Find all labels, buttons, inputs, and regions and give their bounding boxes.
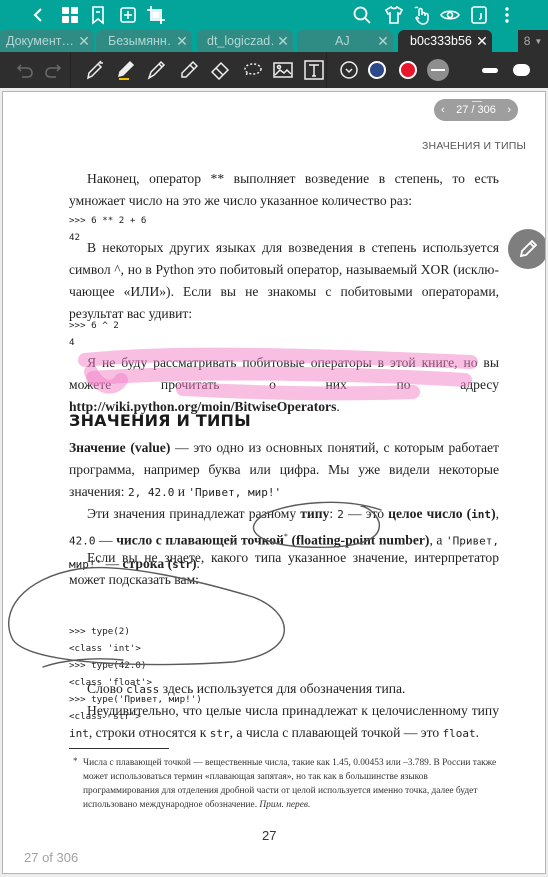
paragraph: Слово class здесь используется для обозн… <box>69 678 499 701</box>
close-icon[interactable]: ✕ <box>273 33 293 50</box>
highlighted-paragraph: Я не буду рассматривать побитовые операт… <box>69 352 499 418</box>
tab-label: AJ <box>335 34 373 48</box>
eraser-icon[interactable] <box>209 59 231 81</box>
annotate-fab[interactable] <box>508 229 546 269</box>
drawing-toolbar <box>0 52 548 88</box>
close-icon[interactable]: ✕ <box>74 33 94 50</box>
search-icon[interactable] <box>351 4 373 26</box>
text-icon[interactable] <box>303 59 325 81</box>
lasso-icon[interactable] <box>241 59 263 81</box>
crop-icon[interactable] <box>145 4 167 26</box>
tab-count-dropdown[interactable]: 8 ▼ <box>518 30 548 52</box>
color-picker-icon[interactable] <box>338 59 360 81</box>
shirt-icon[interactable] <box>383 4 405 26</box>
image-icon[interactable] <box>272 59 294 81</box>
document-viewer[interactable]: ‹ 27 / 306 › ЗНАЧЕНИЯ И ТИПЫ Наконец, оп… <box>2 91 546 874</box>
pencil-icon[interactable] <box>115 59 137 81</box>
color-red-swatch[interactable] <box>399 61 417 79</box>
page-number: 27 <box>262 828 276 843</box>
running-head: ЗНАЧЕНИЯ И ТИПЫ <box>422 140 526 152</box>
tab-count: 8 <box>524 34 531 48</box>
paragraph: Неудивительно, что целые числа принадлеж… <box>69 700 499 745</box>
tab-bar: Документ… ✕ Безымянн… ✕ dt_logiczad… ✕ A… <box>0 30 548 52</box>
redo-icon[interactable] <box>42 59 64 81</box>
section-heading: ЗНАЧЕНИЯ И ТИПЫ <box>69 410 251 432</box>
stroke-thin-option[interactable] <box>482 68 498 73</box>
tab-label: dt_logiczad… <box>207 34 273 48</box>
fountain-pen-icon[interactable] <box>84 59 106 81</box>
paragraph: Наконец, оператор ** выполняет возведени… <box>69 168 499 212</box>
tab-label: Безымянн… <box>108 34 172 48</box>
code-block: >>> 6 ^ 24 <box>69 317 119 351</box>
color-blue-swatch[interactable] <box>368 61 386 79</box>
close-icon[interactable]: ✕ <box>172 33 192 50</box>
page-indicator: 27 / 306 <box>456 104 496 116</box>
document-icon[interactable] <box>468 4 490 26</box>
tab-aj[interactable]: AJ ✕ <box>297 30 393 52</box>
tab-label: b0c333b56… <box>410 34 472 48</box>
next-page-button[interactable]: › <box>507 104 511 116</box>
footnote-rule <box>69 748 169 749</box>
more-vert-icon[interactable] <box>496 4 518 26</box>
eye-icon[interactable] <box>439 4 461 26</box>
tab-b0c333b56[interactable]: b0c333b56… ✕ <box>398 30 492 52</box>
back-icon[interactable] <box>28 4 50 26</box>
tab-dt-logiczad[interactable]: dt_logiczad… ✕ <box>197 30 293 52</box>
footnote: *Числа с плавающей точкой — вещественные… <box>83 756 499 812</box>
grid-icon[interactable] <box>59 4 81 26</box>
page-navigator: ‹ 27 / 306 › <box>434 99 518 121</box>
close-icon[interactable]: ✕ <box>373 33 393 50</box>
prev-page-button[interactable]: ‹ <box>441 104 445 116</box>
color-gray-swatch[interactable] <box>427 59 449 81</box>
add-page-icon[interactable] <box>117 4 139 26</box>
chevron-down-icon: ▼ <box>534 37 542 46</box>
tab-untitled[interactable]: Безымянн… ✕ <box>96 30 192 52</box>
paragraph: Значение (value) — это одно из основных … <box>69 437 499 504</box>
hand-touch-icon[interactable] <box>411 4 433 26</box>
pen-icon <box>517 238 539 260</box>
close-icon[interactable]: ✕ <box>472 33 492 50</box>
tab-document[interactable]: Документ… ✕ <box>0 30 94 52</box>
undo-icon[interactable] <box>14 59 36 81</box>
ballpoint-pen-icon[interactable] <box>146 59 168 81</box>
tab-label: Документ… <box>6 34 74 48</box>
highlighter-icon[interactable] <box>177 59 199 81</box>
stroke-thick-option[interactable] <box>513 64 530 76</box>
paragraph: В некоторых других языках для возведения… <box>69 237 499 325</box>
paragraph: Если вы не знаете, какого типа указанное… <box>69 547 499 591</box>
page-of-indicator: 27 of 306 <box>24 850 78 865</box>
app-bar <box>0 0 548 30</box>
bookmark-icon[interactable] <box>87 4 109 26</box>
